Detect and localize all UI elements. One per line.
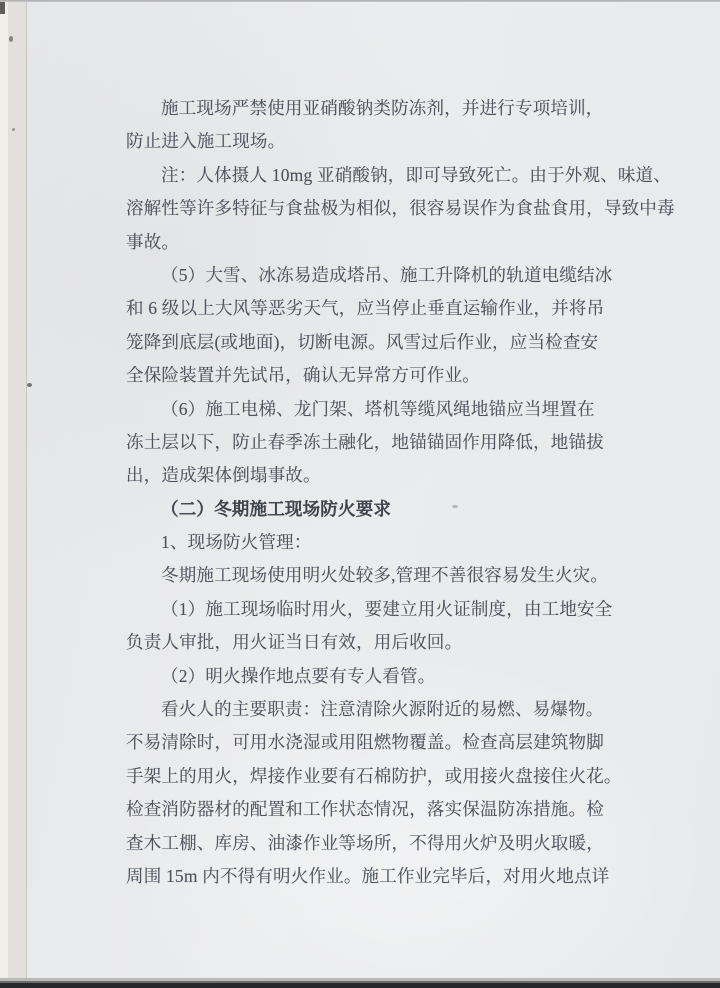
text-line: （5）大雪、冰冻易造成塔吊、施工升降机的轨道电缆结冰 — [126, 259, 660, 292]
text-line: 冬期施工现场使用明火处较多,管理不善很容易发生火灾。 — [126, 559, 660, 592]
scan-speck — [12, 128, 15, 131]
scan-bottom-edge — [0, 978, 720, 988]
text-line: 查木工棚、库房、油漆作业等场所，不得用火炉及明火取暖， — [126, 827, 660, 860]
text-line: 施工现场严禁使用亚硝酸钠类防冻剂，并进行专项培训， — [126, 92, 660, 125]
scan-speck — [27, 383, 32, 387]
text-line: 冻土层以下，防止春季冻土融化，地锚锚固作用降低，地锚拔 — [126, 426, 660, 459]
text-line: 笼降到底层(或地面)，切断电源。风雪过后作业，应当检查安 — [126, 326, 660, 359]
text-line: （2）明火操作地点要有专人看管。 — [126, 660, 660, 693]
text-line: （6）施工电梯、龙门架、塔机等缆风绳地锚应当埋置在 — [126, 393, 660, 426]
scanned-page: 施工现场严禁使用亚硝酸钠类防冻剂，并进行专项培训，防止进入施工现场。注：人体摄人… — [0, 0, 720, 988]
text-line: 注：人体摄人 10mg 亚硝酸钠，即可导致死亡。由于外观、味道、 — [126, 159, 660, 192]
text-line: 周围 15m 内不得有明火作业。施工作业完毕后，对用火地点详 — [126, 860, 660, 893]
text-line: 防止进入施工现场。 — [126, 125, 660, 158]
document-text: 施工现场严禁使用亚硝酸钠类防冻剂，并进行专项培训，防止进入施工现场。注：人体摄人… — [126, 92, 660, 893]
scan-top-edge — [0, 0, 720, 2]
text-line: 不易清除时，可用水浇湿或用阻燃物覆盖。检查高层建筑物脚 — [126, 726, 660, 759]
text-line: 1、现场防火管理： — [126, 526, 660, 559]
text-line: 出，造成架体倒塌事故。 — [126, 459, 660, 492]
scan-corner-shadow — [0, 0, 5, 14]
text-line: 全保险装置并先试吊，确认无异常方可作业。 — [126, 359, 660, 392]
text-line: （1）施工现场临时用火，要建立用火证制度，由工地安全 — [126, 593, 660, 626]
scan-left-edge — [0, 0, 27, 988]
text-line: 和 6 级以上大风等恶劣天气，应当停止垂直运输作业，并将吊 — [126, 292, 660, 325]
text-line: 负责人审批，用火证当日有效，用后收回。 — [126, 626, 660, 659]
text-line: 事故。 — [126, 226, 660, 259]
section-heading: （二）冬期施工现场防火要求 — [126, 493, 660, 526]
scan-speck — [9, 36, 13, 42]
text-line: 检查消防器材的配置和工作状态情况，落实保温防冻措施。检 — [126, 793, 660, 826]
text-line: 溶解性等许多特征与食盐极为相似，很容易误作为食盐食用，导致中毒 — [126, 192, 660, 225]
text-line: 看火人的主要职责：注意清除火源附近的易燃、易爆物。 — [126, 693, 660, 726]
text-line: 手架上的用火，焊接作业要有石棉防护，或用接火盘接住火花。 — [126, 760, 660, 793]
